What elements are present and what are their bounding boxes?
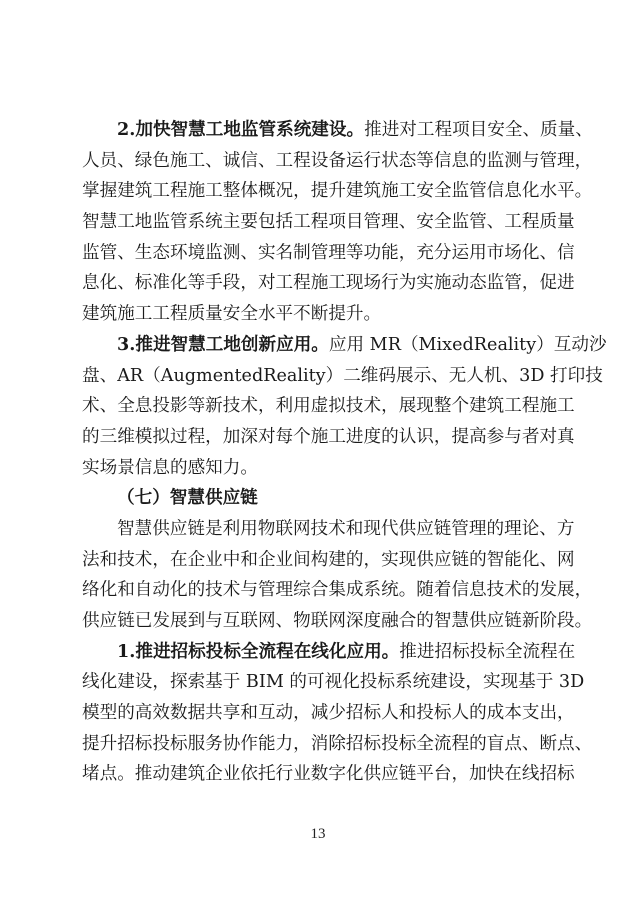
paragraph-online-bidding: 1.推进招标投标全流程在线化应用。推进招标投标全流程在 线化建设，探索基于 BI…: [82, 637, 560, 790]
text-line: 术、全息投影等新技术，利用虚拟技术，展现整个建筑工程施工: [82, 391, 560, 422]
text-line: 监管、生态环境监测、实名制管理等功能，充分运用市场化、信: [82, 238, 560, 269]
item-heading: 2.加快智慧工地监管系统建设。: [117, 119, 364, 140]
page-number: 13: [0, 826, 636, 843]
paragraph-smart-site-innovation: 3.推进智慧工地创新应用。应用 MR（MixedReality）互动沙 盘、AR…: [82, 330, 560, 483]
item-heading: 3.推进智慧工地创新应用。: [117, 334, 329, 355]
text-line: 应用 MR（MixedReality）互动沙: [329, 335, 607, 355]
text-line: 堵点。推动建筑企业依托行业数字化供应链平台，加快在线招标: [82, 759, 560, 790]
text-line: 推进招标投标全流程在: [399, 642, 575, 662]
paragraph-smart-site-supervision: 2.加快智慧工地监管系统建设。推进对工程项目安全、质量、 人员、绿色施工、诚信、…: [82, 115, 560, 330]
text-line: 建筑施工工程质量安全水平不断提升。: [82, 299, 560, 330]
text-line: 线化建设，探索基于 BIM 的可视化投标系统建设，实现基于 3D: [82, 667, 560, 698]
text-line: 盘、AR（AugmentedReality）二维码展示、无人机、3D 打印技: [82, 361, 560, 392]
text-line: 提升招标投标服务协作能力，消除招标投标全流程的盲点、断点、: [82, 729, 560, 760]
text-line: 实场景信息的感知力。: [82, 453, 560, 484]
text-line: 络化和自动化的技术与管理综合集成系统。随着信息技术的发展，: [82, 575, 560, 606]
paragraph-first-line: 1.推进招标投标全流程在线化应用。推进招标投标全流程在: [82, 637, 560, 668]
text-line: 模型的高效数据共享和互动，减少招标人和投标人的成本支出，: [82, 698, 560, 729]
text-line: 推进对工程项目安全、质量、: [364, 120, 593, 140]
text-line: 息化、标准化等手段，对工程施工现场行为实施动态监管，促进: [82, 268, 560, 299]
text-line: 法和技术，在企业中和企业间构建的，实现供应链的智能化、网: [82, 545, 560, 576]
text-line: 智慧供应链是利用物联网技术和现代供应链管理的理论、方: [82, 514, 560, 545]
text-line: 掌握建筑工程施工整体概况，提升建筑施工安全监管信息化水平。: [82, 176, 560, 207]
paragraph-first-line: 2.加快智慧工地监管系统建设。推进对工程项目安全、质量、: [82, 115, 560, 146]
paragraph-smart-supply-chain: 智慧供应链是利用物联网技术和现代供应链管理的理论、方 法和技术，在企业中和企业间…: [82, 514, 560, 637]
document-page: 2.加快智慧工地监管系统建设。推进对工程项目安全、质量、 人员、绿色施工、诚信、…: [0, 0, 636, 900]
text-line: 智慧工地监管系统主要包括工程项目管理、安全监管、工程质量: [82, 207, 560, 238]
text-line: 人员、绿色施工、诚信、工程设备运行状态等信息的监测与管理，: [82, 146, 560, 177]
text-line: 的三维模拟过程，加深对每个施工进度的认识，提高参与者对真: [82, 422, 560, 453]
text-line: 供应链已发展到与互联网、物联网深度融合的智慧供应链新阶段。: [82, 606, 560, 637]
page-body: 2.加快智慧工地监管系统建设。推进对工程项目安全、质量、 人员、绿色施工、诚信、…: [82, 115, 560, 790]
item-heading: 1.推进招标投标全流程在线化应用。: [117, 641, 399, 662]
paragraph-first-line: 3.推进智慧工地创新应用。应用 MR（MixedReality）互动沙: [82, 330, 560, 361]
section-heading: （七）智慧供应链: [82, 483, 560, 514]
